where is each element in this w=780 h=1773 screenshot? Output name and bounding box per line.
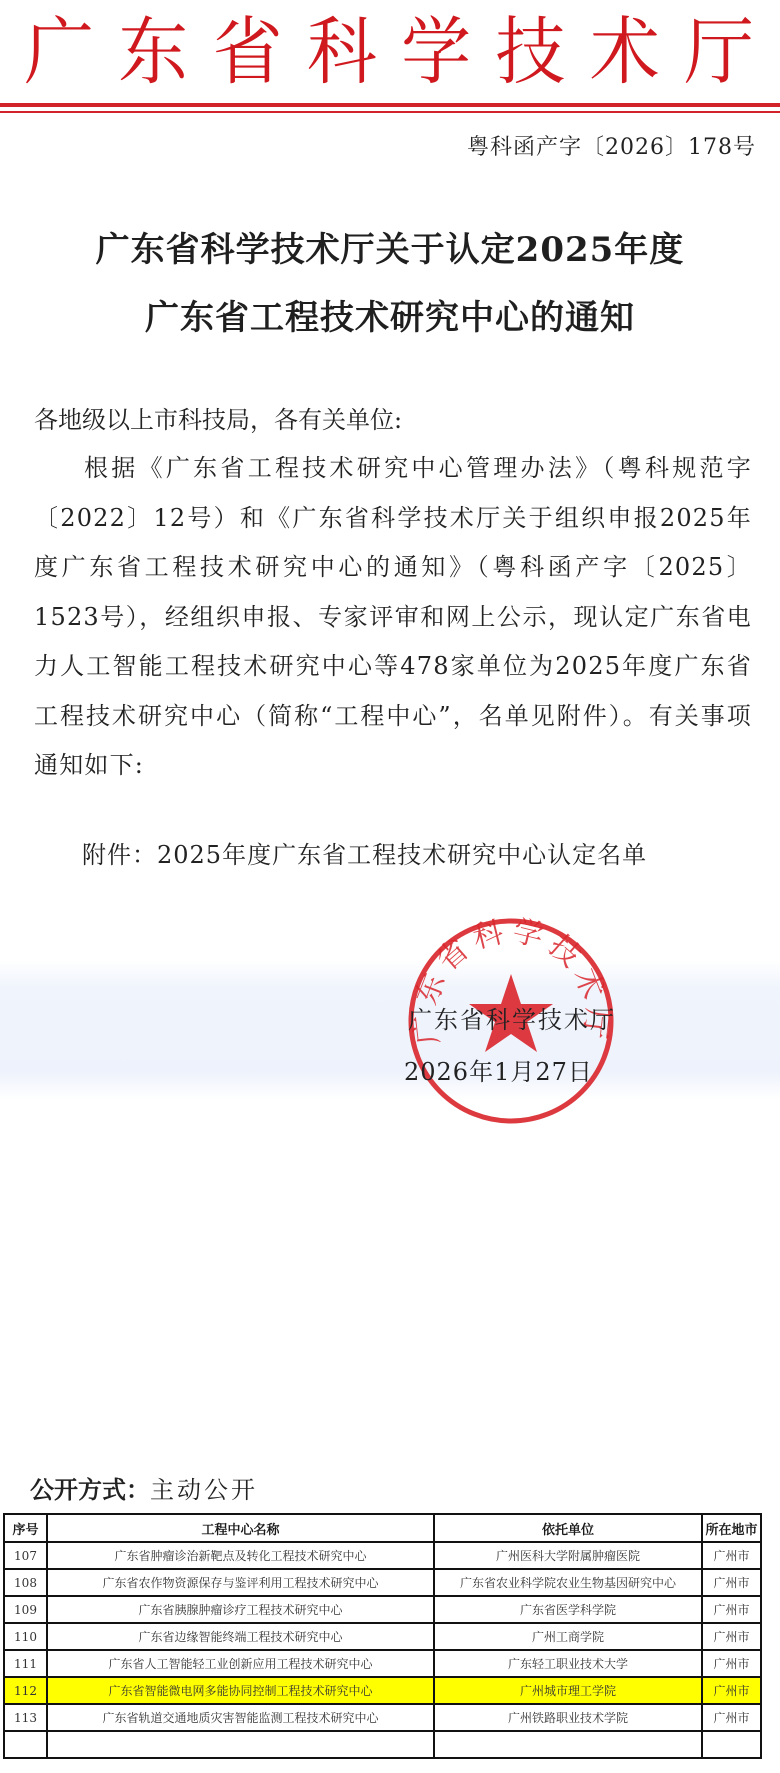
engineering-center-table: 序号 工程中心名称 依托单位 所在地市 107 广东省肿瘤诊治新靶点及转化工程技… bbox=[3, 1513, 762, 1759]
cell-host-unit: 广州城市理工学院 bbox=[434, 1677, 702, 1704]
letterhead-char: 东 bbox=[118, 10, 188, 94]
scan-artifact-band bbox=[0, 960, 780, 1100]
attachment-note: 附件：2025年度广东省工程技术研究中心认定名单 bbox=[82, 835, 647, 870]
salutation: 各地级以上市科技局，各有关单位: bbox=[34, 400, 402, 435]
letterhead-rule-thick bbox=[0, 103, 780, 107]
header-center-name: 工程中心名称 bbox=[47, 1514, 434, 1542]
cell-no: 111 bbox=[4, 1650, 47, 1677]
cell-host-unit: 广东轻工职业技术大学 bbox=[434, 1650, 702, 1677]
table-row: 110 广东省边缘智能终端工程技术研究中心 广州工商学院 广州市 bbox=[4, 1623, 761, 1650]
signature-date: 2026年1月27日 bbox=[404, 1052, 593, 1087]
letterhead-char: 科 bbox=[307, 10, 377, 94]
table-row: 113 广东省轨道交通地质灾害智能监测工程技术研究中心 广州铁路职业技术学院 广… bbox=[4, 1704, 761, 1731]
letterhead-char: 厅 bbox=[684, 10, 754, 94]
cell-city: 广州市 bbox=[702, 1704, 761, 1731]
cell-no: 107 bbox=[4, 1542, 47, 1569]
table-row-highlighted: 112 广东省智能微电网多能协同控制工程技术研究中心 广州城市理工学院 广州市 bbox=[4, 1677, 761, 1704]
letterhead-char: 省 bbox=[213, 10, 283, 94]
table-row: 108 广东省农作物资源保存与鉴评利用工程技术研究中心 广东省农业科学院农业生物… bbox=[4, 1569, 761, 1596]
header-host-unit: 依托单位 bbox=[434, 1514, 702, 1542]
cell-center-name: 广东省边缘智能终端工程技术研究中心 bbox=[47, 1623, 434, 1650]
letterhead-char: 技 bbox=[495, 10, 565, 94]
letterhead-char: 学 bbox=[401, 10, 471, 94]
disclosure-value: 主动公开 bbox=[150, 1476, 258, 1504]
signature-organization: 广东省科学技术厅 bbox=[408, 1000, 616, 1035]
disclosure-label: 公开方式： bbox=[30, 1476, 150, 1504]
letterhead-char: 术 bbox=[590, 10, 660, 94]
cell-center-name: 广东省人工智能轻工业创新应用工程技术研究中心 bbox=[47, 1650, 434, 1677]
cell-no: 112 bbox=[4, 1677, 47, 1704]
cell-host-unit: 广州工商学院 bbox=[434, 1623, 702, 1650]
cell-city: 广州市 bbox=[702, 1623, 761, 1650]
document-number: 粤科函产字〔2026〕178号 bbox=[467, 130, 756, 161]
letterhead-char: 广 bbox=[24, 10, 94, 94]
cell-host-unit: 广东省医学科学院 bbox=[434, 1596, 702, 1623]
cell-center-name: 广东省肿瘤诊治新靶点及转化工程技术研究中心 bbox=[47, 1542, 434, 1569]
cell-city: 广州市 bbox=[702, 1650, 761, 1677]
cell-center-name: 广东省智能微电网多能协同控制工程技术研究中心 bbox=[47, 1677, 434, 1704]
cell-host-unit: 广东省农业科学院农业生物基因研究中心 bbox=[434, 1569, 702, 1596]
letterhead: 广 东 省 科 学 技 术 厅 bbox=[0, 12, 780, 92]
document-title-line-2: 广东省工程技术研究中心的通知 bbox=[0, 290, 780, 339]
cell-empty bbox=[702, 1731, 761, 1758]
document-title-line-1: 广东省科学技术厅关于认定2025年度 bbox=[0, 222, 780, 271]
table-row: 109 广东省胰腺肿瘤诊疗工程技术研究中心 广东省医学科学院 广州市 bbox=[4, 1596, 761, 1623]
table-row: 107 广东省肿瘤诊治新靶点及转化工程技术研究中心 广州医科大学附属肿瘤医院 广… bbox=[4, 1542, 761, 1569]
cell-center-name: 广东省轨道交通地质灾害智能监测工程技术研究中心 bbox=[47, 1704, 434, 1731]
table-row: 111 广东省人工智能轻工业创新应用工程技术研究中心 广东轻工职业技术大学 广州… bbox=[4, 1650, 761, 1677]
cell-no: 110 bbox=[4, 1623, 47, 1650]
header-city: 所在地市 bbox=[702, 1514, 761, 1542]
cell-city: 广州市 bbox=[702, 1596, 761, 1623]
cell-empty bbox=[47, 1731, 434, 1758]
cell-empty bbox=[434, 1731, 702, 1758]
body-paragraph: 根据《广东省工程技术研究中心管理办法》（粤科规范字〔2022〕12号）和《广东省… bbox=[34, 444, 752, 791]
disclosure-method: 公开方式：主动公开 bbox=[30, 1470, 258, 1505]
cell-no: 108 bbox=[4, 1569, 47, 1596]
cell-empty bbox=[4, 1731, 47, 1758]
letterhead-rule-thin bbox=[0, 111, 780, 113]
cell-host-unit: 广州铁路职业技术学院 bbox=[434, 1704, 702, 1731]
cell-no: 113 bbox=[4, 1704, 47, 1731]
cell-center-name: 广东省农作物资源保存与鉴评利用工程技术研究中心 bbox=[47, 1569, 434, 1596]
cell-host-unit: 广州医科大学附属肿瘤医院 bbox=[434, 1542, 702, 1569]
cell-city: 广州市 bbox=[702, 1677, 761, 1704]
cell-center-name: 广东省胰腺肿瘤诊疗工程技术研究中心 bbox=[47, 1596, 434, 1623]
cell-city: 广州市 bbox=[702, 1542, 761, 1569]
table-row-partial bbox=[4, 1731, 761, 1758]
header-no: 序号 bbox=[4, 1514, 47, 1542]
table-header-row: 序号 工程中心名称 依托单位 所在地市 bbox=[4, 1514, 761, 1542]
cell-city: 广州市 bbox=[702, 1569, 761, 1596]
cell-no: 109 bbox=[4, 1596, 47, 1623]
